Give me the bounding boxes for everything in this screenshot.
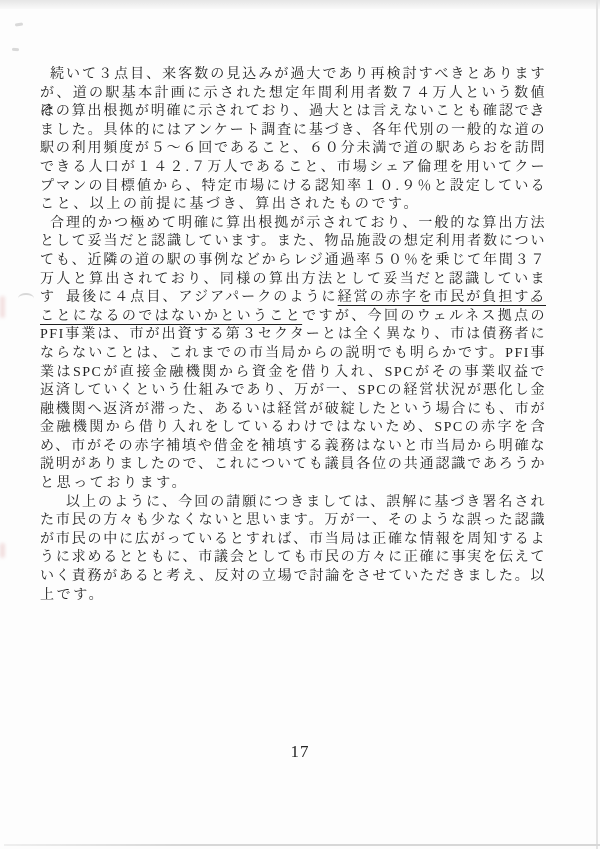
text-line: うに求めるとともに、市議会としても市民の方々に正確に事実を伝えて <box>40 549 546 568</box>
scan-smudge <box>0 543 5 558</box>
text-segment: た市民の方々も少なくないと思います。万が一、そのような誤った認識 <box>40 513 546 528</box>
text-segment: と思っております。 <box>40 476 188 491</box>
scanned-document-page: 続いて３点目、来客数の見込みが過大であり再検討すべきとありますが、道の駅基本計画… <box>0 0 600 849</box>
text-segment: できる人口が１４２.７万人であること、市場シェア倫理を用いてクー <box>40 160 546 175</box>
scan-smudge <box>0 296 5 318</box>
text-segment: ました。具体的にはアンケート調査に基づき、各年代別の一般的な道の <box>40 123 546 138</box>
text-line: 上です。 <box>40 587 546 606</box>
scan-pencil-arc-mark <box>18 293 34 304</box>
scan-speck <box>12 48 19 52</box>
text-line: ことになるのではないかということですが、今回のウェルネス拠点の <box>40 308 546 327</box>
text-segment: 上です。 <box>40 588 105 603</box>
scan-edge-top <box>0 0 600 9</box>
text-line: いく責務があると考え、反対の立場で討論をさせていただきました。以 <box>40 568 546 587</box>
text-line: 合理的かつ極めて明確に算出根拠が示されており、一般的な算出方法 <box>40 215 546 234</box>
text-line: こと、以上の前提に基づき、算出されたものです。 <box>40 196 546 215</box>
text-line: め、市がその赤字補填や借金を補填する義務はないと市当局から明確な <box>40 438 546 457</box>
text-line: が、道の駅基本計画に示された想定年間利用者数７４万人という数値は、 <box>40 85 546 104</box>
underlined-text-segment: ことになるのではないかということ <box>40 309 302 324</box>
text-line: が市民の中に広がっているとすれば、市当局は正確な情報を周知するよ <box>40 531 546 550</box>
text-segment: いく責務があると考え、反対の立場で討論をさせていただきました。以 <box>40 569 546 584</box>
text-segment: として妥当だと認識しています。また、物品施設の想定利用者数につい <box>40 234 546 249</box>
text-line: その算出根拠が明確に示されており、過大とは言えないことも確認でき <box>40 103 546 122</box>
text-segment: 駅の利用頻度が５～６回であること、６０分未満で道の駅あらおを訪問 <box>40 141 546 156</box>
text-segment: 続いて３点目、来客数の見込みが過大であり再検討すべきとあります <box>50 67 546 82</box>
text-segment: が市民の中に広がっているとすれば、市当局は正確な情報を周知するよ <box>40 532 546 547</box>
text-line: 返済していくという仕組みであり、万が一、SPCの経営状況が悪化し金 <box>40 382 546 401</box>
text-segment: プマンの目標値から、特定市場にける認知率１０.９％と設定している <box>40 179 546 194</box>
text-segment: ですが、今回のウェルネス拠点の <box>302 309 546 324</box>
text-segment: うに求めるとともに、市議会としても市民の方々に正確に事実を伝えて <box>40 550 546 565</box>
text-segment: 説明がありましたので、これについても議員各位の共通認識であろうか <box>40 457 546 472</box>
text-line: として妥当だと認識しています。また、物品施設の想定利用者数につい <box>40 233 546 252</box>
text-segment: その算出根拠が明確に示されており、過大とは言えないことも確認でき <box>40 104 546 119</box>
text-segment: こと、以上の前提に基づき、算出されたものです。 <box>40 197 420 212</box>
text-segment: ならないことは、これまでの市当局からの説明でも明らかです。PFI事 <box>40 346 546 361</box>
text-line: 説明がありましたので、これについても議員各位の共通認識であろうか <box>40 456 546 475</box>
text-line: PFI事業は、市が出資する第３セクターとは全く異なり、市は債務者に <box>40 326 546 345</box>
text-line: 融機関へ返済が滞った、あるいは経営が破綻したという場合にも、市が <box>40 401 546 420</box>
text-segment: 以上のように、今回の請願につきましては、誤解に基づき署名され <box>66 495 546 510</box>
text-segment: 融機関へ返済が滞った、あるいは経営が破綻したという場合にも、市が <box>40 402 546 417</box>
text-line: 金融機関から借り入れをしているわけではないため、SPCの赤字を含 <box>40 419 546 438</box>
text-line: た市民の方々も少なくないと思います。万が一、そのような誤った認識 <box>40 512 546 531</box>
text-line: ならないことは、これまでの市当局からの説明でも明らかです。PFI事 <box>40 345 546 364</box>
text-line: 以上のように、今回の請願につきましては、誤解に基づき署名され <box>40 494 546 513</box>
text-line: できる人口が１４２.７万人であること、市場シェア倫理を用いてクー <box>40 159 546 178</box>
text-line: ました。具体的にはアンケート調査に基づき、各年代別の一般的な道の <box>40 122 546 141</box>
text-segment: 金融機関から借り入れをしているわけではないため、SPCの赤字を含 <box>40 420 546 435</box>
text-segment: PFI事業は、市が出資する第３セクターとは全く異なり、市は債務者に <box>40 327 546 342</box>
text-line: 最後に４点目、アジアパークのように経営の赤字を市民が負担する <box>40 289 546 308</box>
text-line: 万人と算出されており、同様の算出方法として妥当だと認識しています。 <box>40 271 546 290</box>
text-line: 業はSPCが直接金融機関から資金を借り入れ、SPCがその事業収益で <box>40 364 546 383</box>
text-segment: 合理的かつ極めて明確に算出根拠が示されており、一般的な算出方法 <box>50 216 546 231</box>
text-segment: ても、近隣の道の駅の事例などからレジ通過率５０％を乗じて年間３７ <box>40 253 546 268</box>
text-line: ても、近隣の道の駅の事例などからレジ通過率５０％を乗じて年間３７ <box>40 252 546 271</box>
text-line: 駅の利用頻度が５～６回であること、６０分未満で道の駅あらおを訪問 <box>40 140 546 159</box>
text-line: 続いて３点目、来客数の見込みが過大であり再検討すべきとあります <box>40 66 546 85</box>
text-line: プマンの目標値から、特定市場にける認知率１０.９％と設定している <box>40 178 546 197</box>
underlined-text-segment: 経営の赤字を市民が負担する <box>338 290 546 305</box>
page-number: 17 <box>0 742 600 762</box>
text-segment: め、市がその赤字補填や借金を補填する義務はないと市当局から明確な <box>40 439 546 454</box>
scan-edge-bottom <box>4 844 600 846</box>
text-segment: 返済していくという仕組みであり、万が一、SPCの経営状況が悪化し金 <box>40 383 546 398</box>
text-segment: 業はSPCが直接金融機関から資金を借り入れ、SPCがその事業収益で <box>40 365 546 380</box>
scan-edge-right <box>596 0 598 849</box>
text-segment: 最後に４点目、アジアパークのように <box>66 290 338 305</box>
document-body-text: 続いて３点目、来客数の見込みが過大であり再検討すべきとありますが、道の駅基本計画… <box>40 66 546 605</box>
scan-speck <box>15 22 23 26</box>
text-line: と思っております。 <box>40 475 546 494</box>
